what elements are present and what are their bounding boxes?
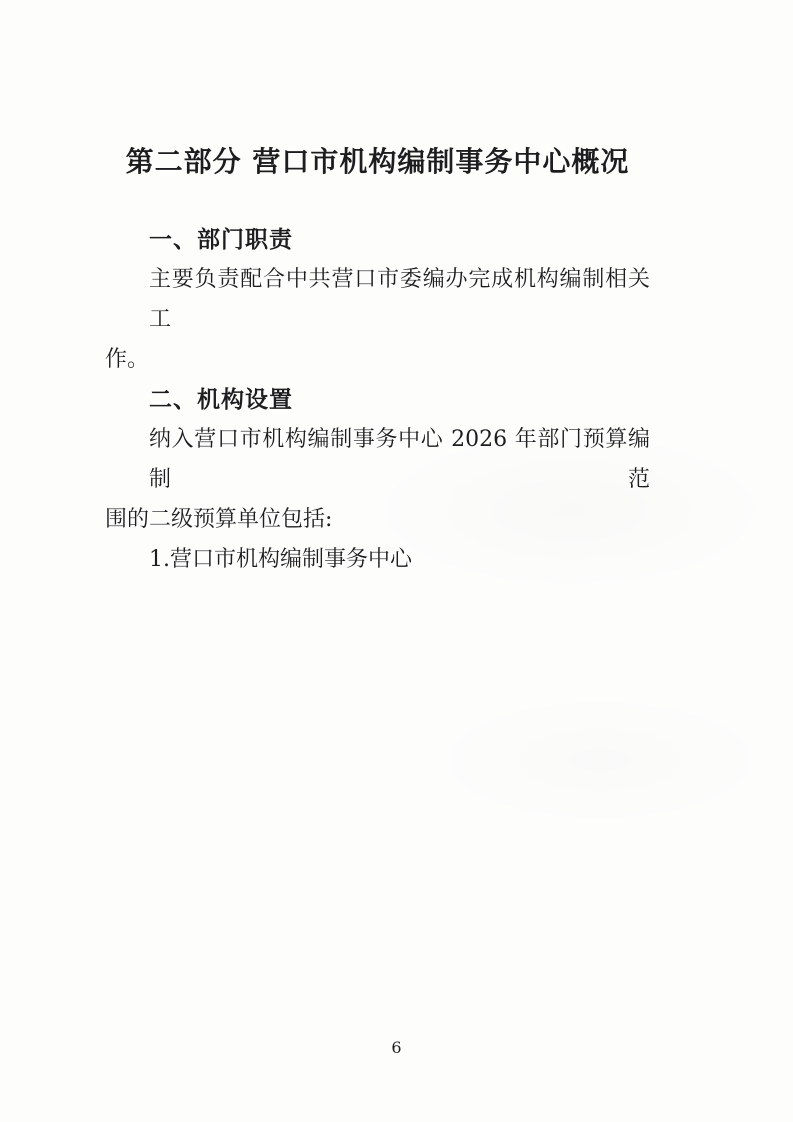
document-page: 第二部分 营口市机构编制事务中心概况 一、部门职责 主要负责配合中共营口市委编办… (0, 0, 793, 1122)
section2-list-item-1: 1.营口市机构编制事务中心 (105, 540, 650, 580)
section2-heading: 二、机构设置 (105, 380, 650, 420)
section2-paragraph-line2: 围的二级预算单位包括: (105, 500, 650, 540)
section1-heading: 一、部门职责 (105, 220, 650, 260)
page-number: 6 (0, 1038, 793, 1058)
document-title: 第二部分 营口市机构编制事务中心概况 (105, 142, 650, 182)
section1-paragraph-line1: 主要负责配合中共营口市委编办完成机构编制相关工 (105, 260, 650, 340)
section2-paragraph-line1: 纳入营口市机构编制事务中心 2026 年部门预算编制范 (105, 420, 650, 500)
document-content: 第二部分 营口市机构编制事务中心概况 一、部门职责 主要负责配合中共营口市委编办… (105, 0, 650, 580)
section1-paragraph-line2: 作。 (105, 340, 650, 380)
